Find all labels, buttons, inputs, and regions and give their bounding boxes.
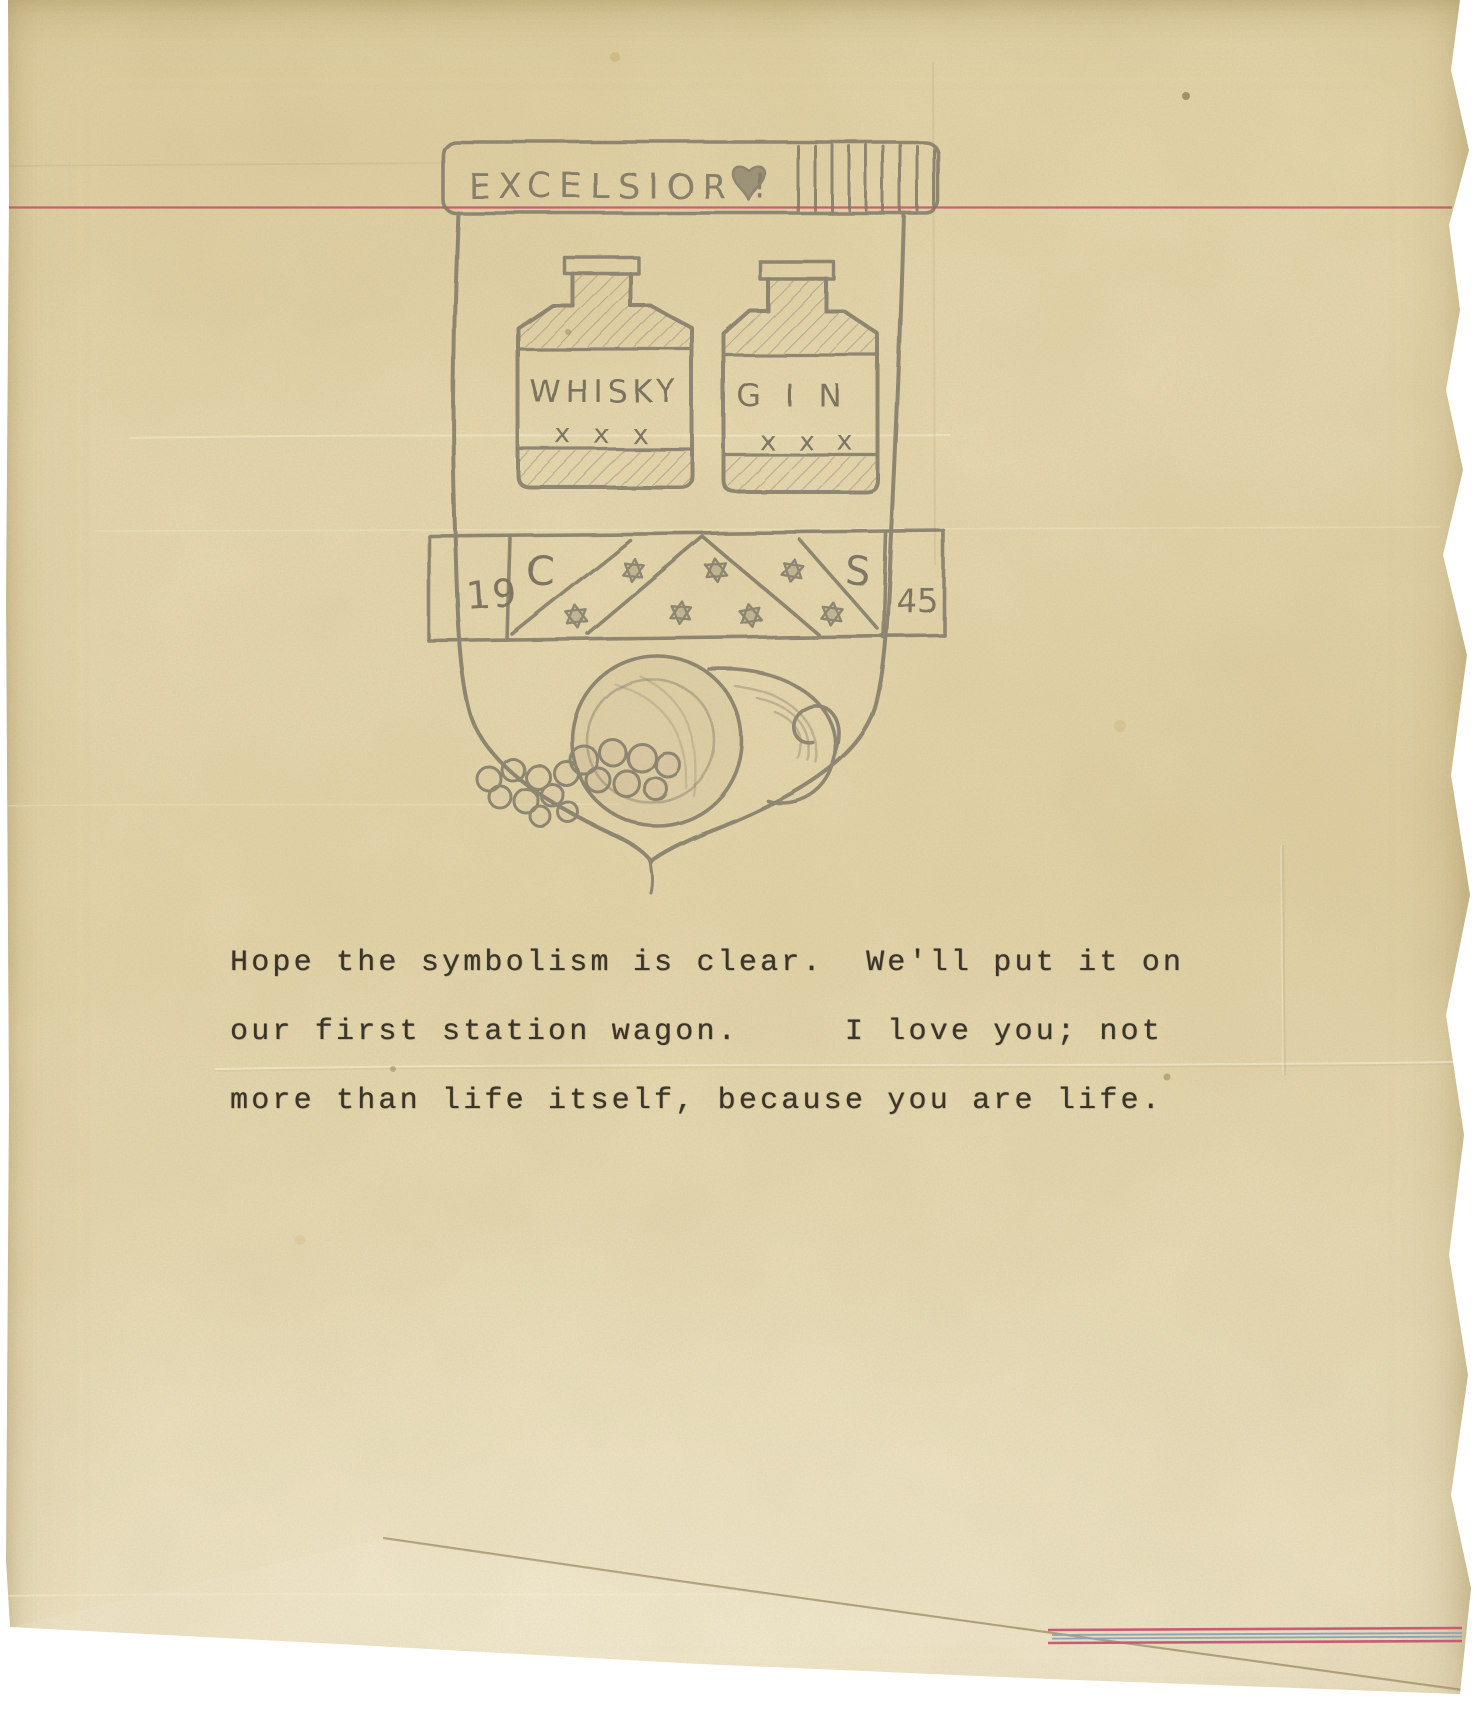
whisky-label: WHISKY (530, 374, 681, 410)
star-icon (565, 604, 588, 630)
typed-line: more than life itself, because you are l… (230, 1084, 1163, 1118)
star-band: 19 C S 45 (429, 531, 944, 641)
gin-base-hatch (726, 457, 876, 490)
motto-banner: EXCELSIOR ! (443, 142, 938, 213)
whisky-proof-marks: x x x (555, 419, 655, 450)
cornucopia (477, 656, 839, 826)
paper-creases (0, 62, 1462, 1694)
letter-paper: EXCELSIOR ! WHISKY x x (0, 0, 1478, 1736)
band-initial-right: S (843, 549, 872, 596)
gin-bottle: GIN x x x (724, 262, 878, 492)
scanned-letter-page: { "paper": { "background_color": "#e7d9b… (0, 0, 1478, 1736)
star-icon (820, 600, 843, 625)
star-icon (621, 557, 644, 583)
band-initial-left: C (526, 547, 555, 595)
gin-proof-marks: x x x (760, 426, 860, 457)
pencil-crest: EXCELSIOR ! WHISKY x x (429, 142, 944, 892)
banner-hatching (798, 145, 934, 211)
star-icon (670, 601, 692, 626)
star-icon (739, 603, 763, 629)
motto-text: EXCELSIOR ! (468, 167, 775, 207)
star-icon (781, 558, 805, 584)
crest-drawing: EXCELSIOR ! WHISKY x x (0, 0, 1478, 1736)
star-icon (705, 558, 727, 583)
band-year-prefix: 19 (464, 570, 519, 618)
band-year-suffix: 45 (896, 581, 938, 620)
typed-line: Hope the symbolism is clear. We'll put i… (230, 946, 1184, 980)
whisky-bottle: WHISKY x x x (518, 257, 692, 487)
whisky-base-hatch (520, 451, 690, 485)
gin-label: GIN (737, 378, 865, 414)
typed-line: our first station wagon. I love you; not (230, 1015, 1163, 1049)
